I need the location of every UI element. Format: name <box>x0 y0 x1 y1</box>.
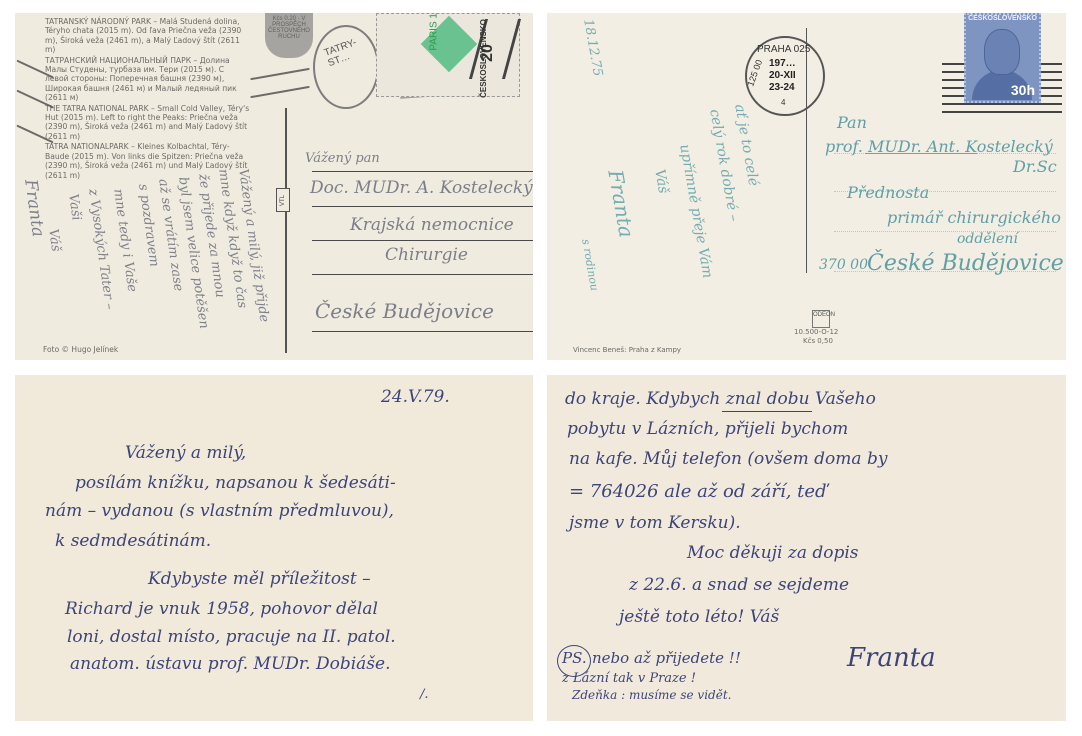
message-line: upřímně přeje Vám <box>676 143 715 279</box>
letter-line: jsme v tom Kersku). <box>569 513 741 533</box>
praha-postmark: PRAHA 025 125 00 197… 20-XII 23-24 4 <box>745 36 825 116</box>
photo-credit: Foto © Hugo Jelínek <box>43 345 118 354</box>
letter-line: do kraje. Kdybych znal dobu Vašeho <box>565 389 876 409</box>
ps-line: z Lázní tak v Praze ! <box>562 671 696 686</box>
letter-salutation: Vážený a milý, <box>125 443 246 463</box>
address-department: Chirurgie <box>385 245 468 265</box>
address-name: Doc. MUDr. A. Kostelecký CSc <box>310 178 533 198</box>
address-rule <box>834 231 1056 232</box>
caption-english: THE TATRA NATIONAL PARK – Small Cold Val… <box>45 104 250 142</box>
rotated-handwritten-message: Vážený a milý, již přijde mne když když … <box>15 168 265 358</box>
letter-line: nám – vydanou (s vlastním předmluvou), <box>45 501 394 521</box>
signature: Franta <box>603 168 638 239</box>
cancellation-wave <box>250 68 309 80</box>
message-line: mne tedy i Vaše <box>110 188 139 293</box>
letter-line: Kdybyste měl příležitost – <box>148 569 371 589</box>
letter-line: na kafe. Můj telefon (ovšem doma by <box>569 449 887 469</box>
message-line: s rodinou <box>579 238 601 292</box>
postmark-city: PRAHA 025 <box>757 44 810 55</box>
ps-line: nebo až přijedete !! <box>592 649 741 667</box>
postmark: TATRY-ST… <box>313 25 379 109</box>
continuation-mark: /. <box>420 687 429 702</box>
publisher-logo: ODEON <box>812 310 830 328</box>
postmark-date: 20-XII <box>769 70 796 81</box>
name-underline <box>865 153 977 154</box>
stamp-country: ČESKOSLOVENSKO <box>479 19 488 98</box>
stamp-text: Kčs 0.20 · V PROSPĚCH ČESTOVNÉHO RUCHU <box>265 16 313 40</box>
message-line: Váš <box>651 168 671 195</box>
art-credit: Vincenc Beneš: Praha z Kampy <box>573 346 681 354</box>
address-city: České Budějovice <box>315 299 494 323</box>
address-divider <box>285 108 287 353</box>
address-city: České Budějovice <box>867 251 1064 276</box>
address-zip: 370 00 <box>819 257 868 273</box>
ps-mark: PS. <box>562 649 587 667</box>
address-salutation: Pan <box>837 113 867 132</box>
address-rule <box>312 240 533 241</box>
caption-slovak: TATRANSKÝ NÁRODNÝ PARK – Malá Studená do… <box>45 17 250 55</box>
letter-line: loni, dostal místo, pracuje na II. patol… <box>67 627 396 647</box>
cancellation-wave <box>250 86 309 98</box>
letter-line: pobytu v Lázních, přijeli bychom <box>567 419 848 439</box>
cancellation-line <box>942 111 1062 113</box>
signature: Franta <box>847 643 936 673</box>
address-position: Přednosta <box>847 183 929 202</box>
olympic-stamp: PARIS 1900 20 ČESKOSLOVENSKO <box>376 13 520 97</box>
portrait-stamp: ČESKOSLOVENSKO 30h <box>964 13 1041 103</box>
letter-line: ještě toto léto! Váš <box>619 607 779 627</box>
publisher-mark: VTL <box>276 188 290 212</box>
address-salutation: Vážený pan <box>305 151 380 166</box>
letter-line: anatom. ústavu prof. MUDr. Dobiáše. <box>70 654 391 674</box>
address-institution: Krajská nemocnice <box>350 215 514 235</box>
message-line: ať je to celé <box>731 103 761 187</box>
letter-line: Richard je vnuk 1958, pohovor dělal <box>65 599 378 619</box>
letter-date: 24.V.79. <box>381 387 450 407</box>
letter-line: z 22.6. a snad se sejdeme <box>629 575 849 595</box>
postmark-year: 197… <box>769 58 796 69</box>
letter-page-2: do kraje. Kdybych znal dobu Vašeho pobyt… <box>547 375 1066 721</box>
address-rule <box>312 331 533 332</box>
stamp-country: ČESKOSLOVENSKO <box>968 15 1037 22</box>
portrait-head-icon <box>984 29 1020 75</box>
signature: Franta <box>20 178 48 238</box>
postmark-code: 125 00 <box>745 58 764 87</box>
message-line: Váš <box>45 228 63 252</box>
postcard-1-address-side: TATRANSKÝ NÁRODNÝ PARK – Malá Studená do… <box>15 13 533 360</box>
print-code: 10.500-O-12 <box>794 328 838 336</box>
letter-line: k sedmdesátinám. <box>55 531 211 551</box>
letter-page-1: 24.V.79. Vážený a milý, posílám knížku, … <box>15 375 533 721</box>
letter-line: Moc děkuji za dopis <box>687 543 859 563</box>
address-department-2: oddělení <box>957 231 1018 247</box>
text-underline <box>722 411 812 412</box>
address-department: primář chirurgického <box>887 208 1061 227</box>
coat-of-arms-stamp: Kčs 0.20 · V PROSPĚCH ČESTOVNÉHO RUCHU <box>265 13 313 58</box>
printed-caption: TATRANSKÝ NÁRODNÝ PARK – Malá Studená do… <box>45 17 250 181</box>
address-rule <box>312 171 533 172</box>
caption-russian: ТАТРАНСКИЙ НАЦИОНАЛЬНЫЙ ПАРК – Долина Ма… <box>45 56 250 103</box>
address-rule <box>312 206 533 207</box>
postcard-2-address-side: 18.12.75 ať je to celé celý rok dobré – … <box>547 13 1066 360</box>
ps-line: Zdeňka : musíme se vidět. <box>572 688 731 702</box>
address-rule <box>312 274 533 275</box>
cancellation-line <box>942 103 1062 105</box>
postmark-text: TATRY-ST… <box>323 31 379 69</box>
postmark-time: 23-24 <box>769 82 795 93</box>
stamp-year: PARIS 1900 <box>429 13 440 51</box>
date-note: 18.12.75 <box>580 18 605 78</box>
stamp-value: 30h <box>1011 82 1035 98</box>
address-title: Dr.Sc <box>1013 157 1057 176</box>
phone-number-line: = 764026 ale až od září, teď <box>569 481 827 502</box>
postmark-number: 4 <box>781 98 785 107</box>
letter-line: posílám knížku, napsanou k šedesáti- <box>75 473 396 493</box>
message-line: Vaši <box>65 193 84 222</box>
print-price: Kčs 0,50 <box>803 337 833 345</box>
